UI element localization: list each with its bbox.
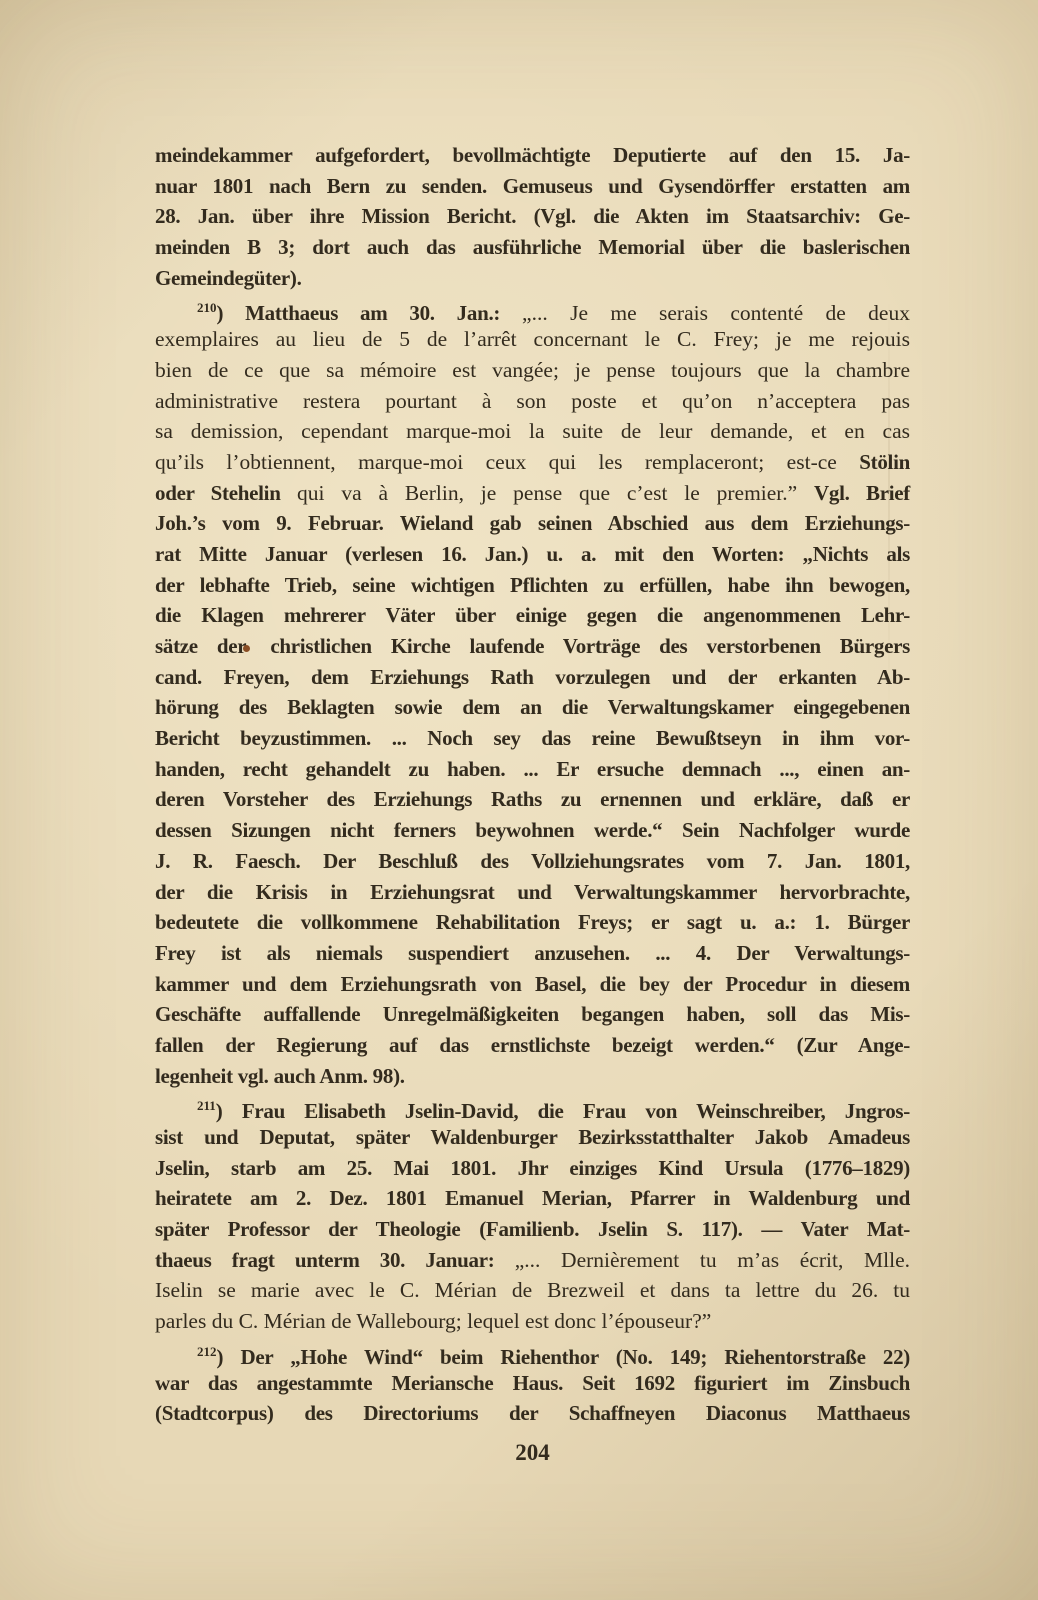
footnote-marker: 210 bbox=[197, 300, 217, 315]
footnote-marker: 212 bbox=[197, 1344, 217, 1359]
text-segment: J. R. Faesch. Der Beschluß des Vollziehu… bbox=[155, 849, 910, 873]
text-segment: Gemeindegüter). bbox=[155, 266, 302, 290]
text-line-10: sa demission, cependant marque-moi la su… bbox=[155, 416, 910, 447]
text-segment: war das angestammte Meriansche Haus. Sei… bbox=[155, 1371, 910, 1395]
text-segment: nuar 1801 nach Bern zu senden. Gemuseus … bbox=[155, 174, 910, 198]
text-segment: 28. Jan. über ihre Mission Bericht. (Vgl… bbox=[155, 204, 910, 228]
text-line-36: später Professor der Theologie (Familien… bbox=[155, 1214, 910, 1245]
page-number: 204 bbox=[155, 1440, 910, 1466]
text-segment: der die Krisis in Erziehungsrat und Verw… bbox=[155, 880, 910, 904]
text-line-21: handen, recht gehandelt zu haben. ... Er… bbox=[155, 754, 910, 785]
text-line-37: thaeus fragt unterm 30. Januar: „... Der… bbox=[155, 1245, 910, 1276]
footnote-marker: 211 bbox=[197, 1098, 216, 1113]
text-line-18: cand. Freyen, dem Erziehungs Rath vorzul… bbox=[155, 662, 910, 693]
text-line-15: der lebhafte Trieb, seine wichtigen Pfli… bbox=[155, 570, 910, 601]
text-line-11: qu’ils l’obtiennent, marque-moi ceux qui… bbox=[155, 447, 910, 478]
text-line-17: sätze der christlichen Kirche laufende V… bbox=[155, 631, 910, 662]
text-line-6: 210) Matthaeus am 30. Jan.: „... Je me s… bbox=[155, 293, 910, 324]
text-segment: ) Frau Elisabeth Jselin-David, die Frau … bbox=[216, 1099, 910, 1123]
text-segment: sätze der bbox=[155, 634, 246, 658]
text-segment: Iselin se marie avec le C. Mérian de Bre… bbox=[155, 1278, 910, 1302]
text-segment: oder Stehelin bbox=[155, 481, 297, 505]
text-segment: cand. Freyen, dem Erziehungs Rath vorzul… bbox=[155, 665, 910, 689]
text-line-1: meindekammer aufgefordert, bevollmächtig… bbox=[155, 140, 910, 171]
book-page: meindekammer aufgefordert, bevollmächtig… bbox=[0, 0, 1038, 1600]
text-line-22: deren Vorsteher des Erziehungs Raths zu … bbox=[155, 784, 910, 815]
text-segment: Jselin, starb am 25. Mai 1801. Jhr einzi… bbox=[155, 1156, 910, 1180]
text-line-31: legenheit vgl. auch Anm. 98). bbox=[155, 1061, 910, 1092]
text-line-3: 28. Jan. über ihre Mission Bericht. (Vgl… bbox=[155, 201, 910, 232]
text-segment: „... Je me serais contenté de deux bbox=[522, 301, 910, 325]
text-segment: handen, recht gehandelt zu haben. ... Er… bbox=[155, 757, 910, 781]
text-line-19: hörung des Beklagten sowie dem an die Ve… bbox=[155, 692, 910, 723]
text-segment: ) Matthaeus am 30. Jan.: bbox=[217, 301, 523, 325]
ink-spot bbox=[243, 645, 250, 652]
text-segment: die Klagen mehrerer Väter über einige ge… bbox=[155, 603, 910, 627]
text-line-29: Geschäfte auffallende Unregelmäßigkeiten… bbox=[155, 999, 910, 1030]
text-segment: Bericht beyzustimmen. ... Noch sey das r… bbox=[155, 726, 910, 750]
text-line-14: rat Mitte Januar (verlesen 16. Jan.) u. … bbox=[155, 539, 910, 570]
text-segment: „... Dernièrement tu m’as écrit, Mlle. bbox=[515, 1248, 910, 1272]
text-line-27: Frey ist als niemals suspendiert anzuseh… bbox=[155, 938, 910, 969]
text-segment: exemplaires au lieu de 5 de l’arrêt conc… bbox=[155, 327, 910, 351]
text-line-35: heiratete am 2. Dez. 1801 Emanuel Merian… bbox=[155, 1183, 910, 1214]
text-segment: später Professor der Theologie (Familien… bbox=[155, 1217, 910, 1241]
text-line-41: war das angestammte Meriansche Haus. Sei… bbox=[155, 1368, 910, 1399]
text-segment: ) Der „Hohe Wind“ beim Riehenthor (No. 1… bbox=[217, 1345, 911, 1369]
text-segment: administrative restera pourtant à son po… bbox=[155, 389, 910, 413]
text-segment: fallen der Regierung auf das ernstlichst… bbox=[155, 1033, 910, 1057]
text-segment: rat Mitte Januar (verlesen 16. Jan.) u. … bbox=[155, 542, 910, 566]
text-line-28: kammer und dem Erziehungsrath von Basel,… bbox=[155, 969, 910, 1000]
text-segment: deren Vorsteher des Erziehungs Raths zu … bbox=[155, 787, 910, 811]
text-line-16: die Klagen mehrerer Väter über einige ge… bbox=[155, 600, 910, 631]
text-line-13: Joh.’s vom 9. Februar. Wieland gab seine… bbox=[155, 508, 910, 539]
text-segment: bedeutete die vollkommene Rehabilitation… bbox=[155, 910, 910, 934]
text-segment: Stölin bbox=[859, 450, 910, 474]
text-segment: bien de ce que sa mémoire est vangée; je… bbox=[155, 358, 910, 382]
text-segment: der lebhafte Trieb, seine wichtigen Pfli… bbox=[155, 573, 910, 597]
text-line-32: 211) Frau Elisabeth Jselin-David, die Fr… bbox=[155, 1091, 910, 1122]
text-line-24: J. R. Faesch. Der Beschluß des Vollziehu… bbox=[155, 846, 910, 877]
text-segment: sa demission, cependant marque-moi la su… bbox=[155, 419, 910, 443]
text-segment: Joh.’s vom 9. Februar. Wieland gab seine… bbox=[155, 511, 910, 535]
text-line-9: administrative restera pourtant à son po… bbox=[155, 386, 910, 417]
text-block: meindekammer aufgefordert, bevollmächtig… bbox=[155, 140, 910, 1429]
text-segment: kammer und dem Erziehungsrath von Basel,… bbox=[155, 972, 910, 996]
text-line-26: bedeutete die vollkommene Rehabilitation… bbox=[155, 907, 910, 938]
text-segment: (Stadtcorpus) des Directoriums der Schaf… bbox=[155, 1401, 910, 1425]
text-segment: thaeus fragt unterm 30. Januar: bbox=[155, 1248, 515, 1272]
text-segment: qu’ils l’obtiennent, marque-moi ceux qui… bbox=[155, 450, 859, 474]
text-segment: meinden B 3; dort auch das ausführliche … bbox=[155, 235, 910, 259]
text-line-5: Gemeindegüter). bbox=[155, 263, 910, 294]
text-segment: qui va à Berlin, je pense que c’est le p… bbox=[297, 481, 814, 505]
text-line-23: dessen Sizungen nicht ferners beywohnen … bbox=[155, 815, 910, 846]
text-line-12: oder Stehelin qui va à Berlin, je pense … bbox=[155, 478, 910, 509]
text-segment: christlichen Kirche laufende Vorträge de… bbox=[251, 634, 910, 658]
text-segment: parles du C. Mérian de Wallebourg; leque… bbox=[155, 1309, 711, 1333]
text-line-4: meinden B 3; dort auch das ausführliche … bbox=[155, 232, 910, 263]
text-segment: dessen Sizungen nicht ferners beywohnen … bbox=[155, 818, 910, 842]
text-line-39: parles du C. Mérian de Wallebourg; leque… bbox=[155, 1306, 910, 1337]
text-line-34: Jselin, starb am 25. Mai 1801. Jhr einzi… bbox=[155, 1153, 910, 1184]
text-segment: Frey ist als niemals suspendiert anzuseh… bbox=[155, 941, 910, 965]
text-segment: sist und Deputat, später Waldenburger Be… bbox=[155, 1125, 910, 1149]
text-line-8: bien de ce que sa mémoire est vangée; je… bbox=[155, 355, 910, 386]
text-line-33: sist und Deputat, später Waldenburger Be… bbox=[155, 1122, 910, 1153]
text-line-38: Iselin se marie avec le C. Mérian de Bre… bbox=[155, 1275, 910, 1306]
text-segment: Vgl. Brief bbox=[814, 481, 910, 505]
text-line-30: fallen der Regierung auf das ernstlichst… bbox=[155, 1030, 910, 1061]
text-line-7: exemplaires au lieu de 5 de l’arrêt conc… bbox=[155, 324, 910, 355]
text-line-40: 212) Der „Hohe Wind“ beim Riehenthor (No… bbox=[155, 1337, 910, 1368]
text-segment: Geschäfte auffallende Unregelmäßigkeiten… bbox=[155, 1002, 910, 1026]
text-segment: legenheit vgl. auch Anm. 98). bbox=[155, 1064, 405, 1088]
text-line-2: nuar 1801 nach Bern zu senden. Gemuseus … bbox=[155, 171, 910, 202]
text-line-42: (Stadtcorpus) des Directoriums der Schaf… bbox=[155, 1398, 910, 1429]
text-segment: hörung des Beklagten sowie dem an die Ve… bbox=[155, 695, 910, 719]
text-line-25: der die Krisis in Erziehungsrat und Verw… bbox=[155, 877, 910, 908]
text-segment: heiratete am 2. Dez. 1801 Emanuel Merian… bbox=[155, 1186, 910, 1210]
text-segment: meindekammer aufgefordert, bevollmächtig… bbox=[155, 143, 910, 167]
text-line-20: Bericht beyzustimmen. ... Noch sey das r… bbox=[155, 723, 910, 754]
